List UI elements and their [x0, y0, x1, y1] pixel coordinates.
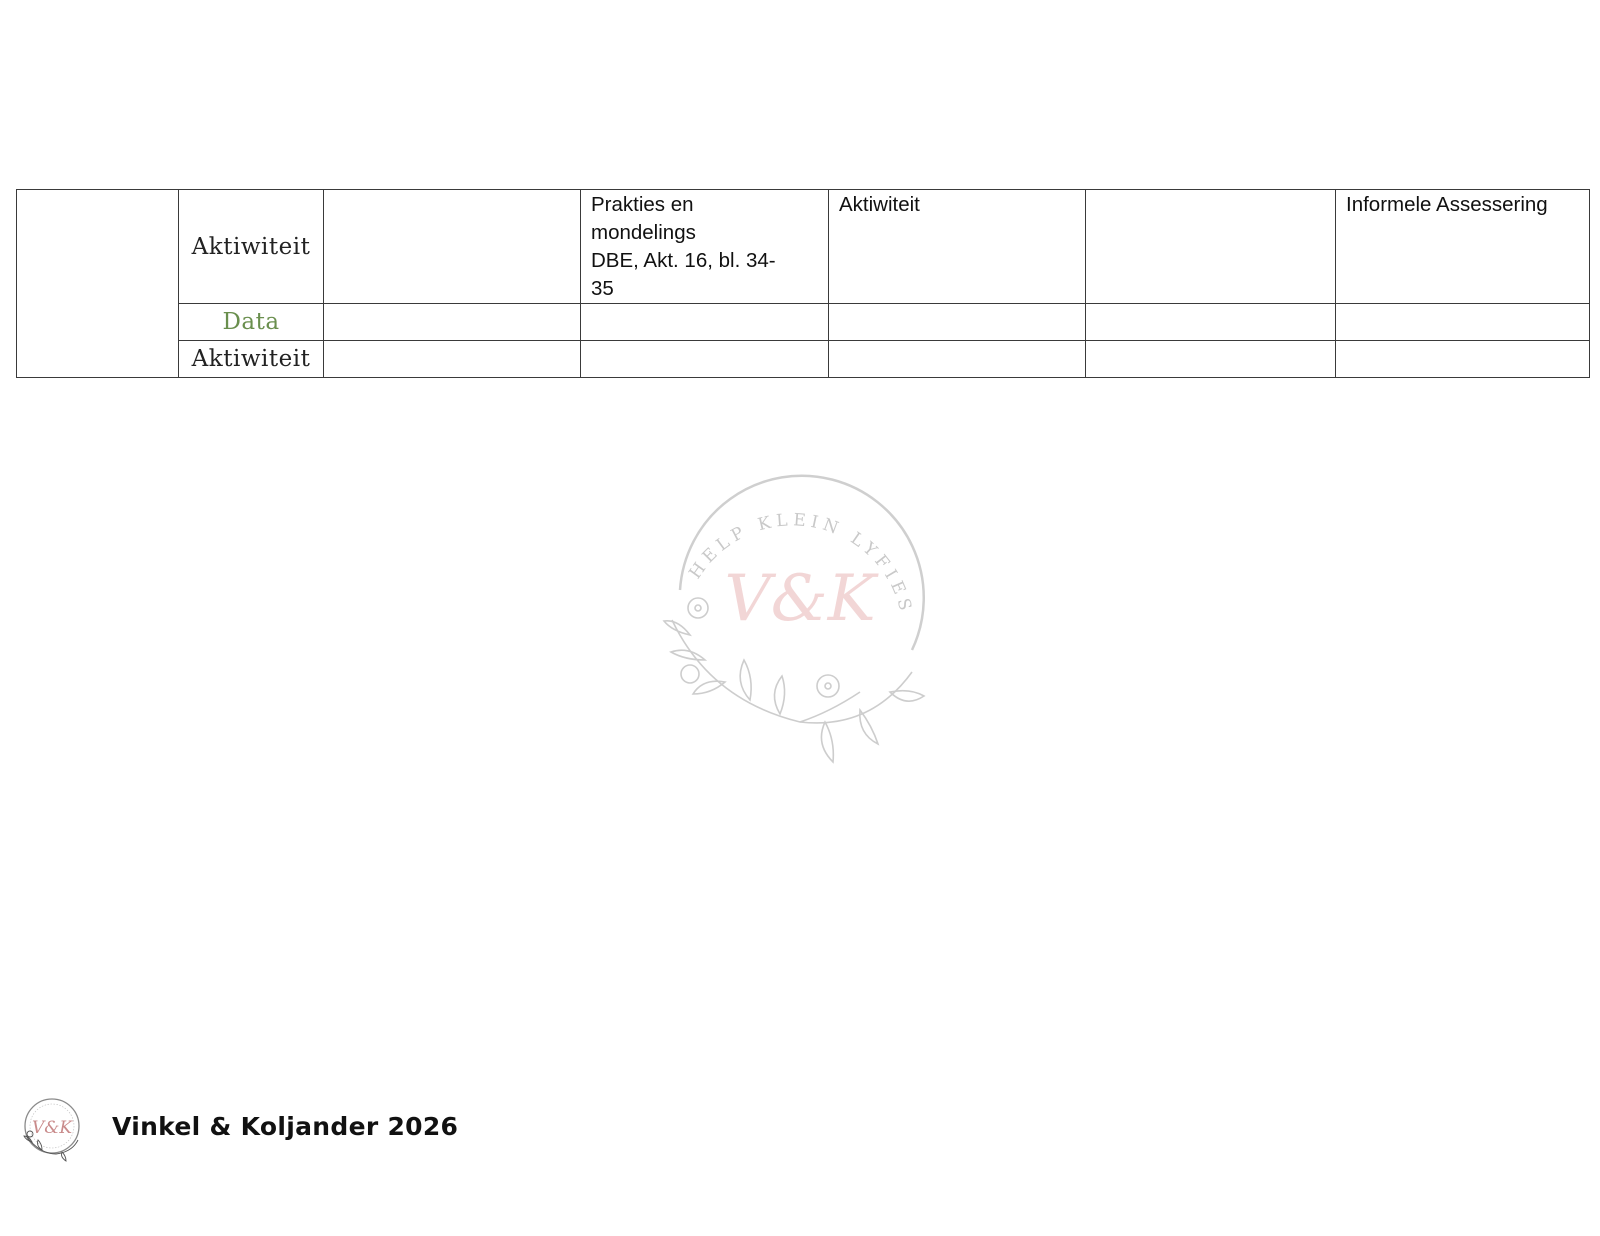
- table-cell: [324, 304, 581, 341]
- table-cell: [1086, 190, 1336, 304]
- lesson-plan-table: Aktiwiteit Prakties en mondelings DBE, A…: [16, 189, 1590, 378]
- svg-text:V&K: V&K: [32, 1118, 73, 1138]
- table-row: Data: [17, 304, 1590, 341]
- floral-wreath-logo-icon: HELP KLEIN LYFIES DROOM V&K: [650, 460, 950, 770]
- footer-logo-icon: V&K: [16, 1092, 88, 1164]
- row-label: Aktiwiteit: [179, 190, 324, 304]
- table-cell: [581, 341, 829, 378]
- table-cell-assessment: Informele Assessering: [1336, 190, 1590, 304]
- table-cell-resource: Prakties en mondelings DBE, Akt. 16, bl.…: [581, 190, 829, 304]
- merged-first-column-cell: [17, 190, 179, 378]
- footer-brand-text: Vinkel & Koljander 2026: [112, 1112, 458, 1141]
- table-row: Aktiwiteit Prakties en mondelings DBE, A…: [17, 190, 1590, 304]
- table-cell: [1336, 304, 1590, 341]
- table-cell-activity: Aktiwiteit: [829, 190, 1086, 304]
- table-cell: [324, 190, 581, 304]
- table-cell: [829, 341, 1086, 378]
- table-cell: [1086, 341, 1336, 378]
- row-label: Aktiwiteit: [179, 341, 324, 378]
- table-cell: [829, 304, 1086, 341]
- table-cell: [1086, 304, 1336, 341]
- table-row: Aktiwiteit: [17, 341, 1590, 378]
- table-cell: [581, 304, 829, 341]
- watermark-monogram: V&K: [725, 562, 879, 636]
- table-cell: [1336, 341, 1590, 378]
- row-label-data: Data: [179, 304, 324, 341]
- table-cell: [324, 341, 581, 378]
